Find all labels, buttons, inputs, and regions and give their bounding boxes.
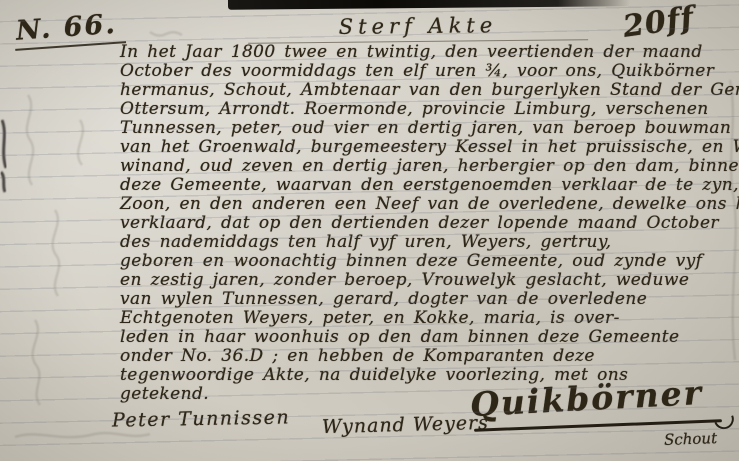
body-line: Zoon, en den anderen een Neef van de ove…: [120, 195, 736, 214]
body-line: hermanus, Schout, Ambtenaar van den burg…: [120, 81, 736, 100]
signature-role-schout: Schout: [664, 429, 718, 449]
signature-wynand-weyers: Wynand Weyers: [322, 412, 489, 438]
body-line: winand, oud zeven en dertig jaren, herbe…: [120, 157, 736, 176]
body-line: geboren en woonachtig binnen deze Gemeen…: [120, 252, 736, 271]
document-scan: N. 66. Sterf Akte 20ff In het Jaar 1800 …: [0, 0, 739, 461]
body-line: Echtgenoten Weyers, peter, en Kokke, mar…: [120, 309, 736, 328]
body-line: des nademiddags ten half vyf uren, Weyer…: [120, 233, 736, 252]
page-number: 20ff: [621, 0, 697, 45]
act-number: N. 66.: [13, 8, 126, 51]
body-line: van wylen Tunnessen, gerard, dogter van …: [120, 290, 736, 309]
body-line: en zestig jaren, zonder beroep, Vrouwely…: [120, 271, 736, 290]
body-line: Tunnessen, peter, oud vier en dertig jar…: [120, 119, 736, 138]
document-title: Sterf Akte: [248, 12, 588, 44]
body-line: Ottersum, Arrondt. Roermonde, provincie …: [120, 100, 736, 119]
body-line: In het Jaar 1800 twee en twintig, den ve…: [120, 43, 736, 62]
signature-peter-tunnissen: Peter Tunnissen: [112, 406, 290, 431]
body-line: leden in haar woonhuis op den dam binnen…: [120, 328, 736, 347]
body-line: onder No. 36.D ; en hebben de Komparante…: [120, 347, 736, 366]
scan-edge-shadow: [228, 0, 630, 10]
body-text: In het Jaar 1800 twee en twintig, den ve…: [120, 43, 736, 404]
body-line: verklaard, dat op den dertienden dezer l…: [120, 214, 736, 233]
body-line: October des voormiddags ten elf uren ¾, …: [120, 62, 736, 81]
body-line: deze Gemeente, waarvan den eerstgenoemde…: [120, 176, 736, 195]
body-line: van het Groenwald, burgemeestery Kessel …: [120, 138, 736, 157]
